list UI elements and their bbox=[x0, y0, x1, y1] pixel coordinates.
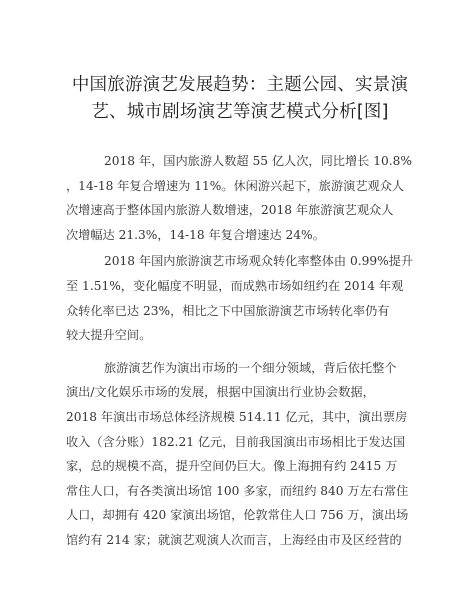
paragraph-2: 2018 年国内旅游演艺市场观众转化率整体由 0.99%提升 至 1.51%，变… bbox=[66, 249, 396, 347]
paragraph-line: 2018 年演出市场总体经济规模 514.11 亿元，其中，演出票房 bbox=[66, 405, 396, 430]
paragraph-line: 较大提升空间。 bbox=[66, 323, 396, 348]
paragraph-line: 旅游演艺作为演出市场的一个细分领域，背后依托整个 bbox=[66, 356, 396, 381]
document-page: 中国旅游演艺发展趋势：主题公园、实景演 艺、城市剧场演艺等演艺模式分析[图] 2… bbox=[0, 0, 463, 600]
paragraph-line: ，14-18 年复合增速为 11%。休闲游兴起下，旅游演艺观众人 bbox=[66, 174, 396, 199]
title-line-2: 艺、城市剧场演艺等演艺模式分析[图] bbox=[40, 99, 440, 126]
title-line-1: 中国旅游演艺发展趋势：主题公园、实景演 bbox=[40, 72, 440, 99]
paragraph-line: 至 1.51%，变化幅度不明显，而成熟市场如纽约在 2014 年观 bbox=[66, 274, 396, 299]
paragraph-1: 2018 年，国内旅游人数超 55 亿人次，同比增长 10.8% ，14-18 … bbox=[66, 149, 396, 247]
paragraph-line: 馆约有 214 家；就演艺观演人次而言，上海经由市及区经营的 bbox=[66, 528, 396, 553]
article-body: 2018 年，国内旅游人数超 55 亿人次，同比增长 10.8% ，14-18 … bbox=[66, 149, 396, 553]
article-title: 中国旅游演艺发展趋势：主题公园、实景演 艺、城市剧场演艺等演艺模式分析[图] bbox=[40, 72, 440, 126]
paragraph-line: 常住人口，有各类演出场馆 100 多家，而纽约 840 万左右常住 bbox=[66, 479, 396, 504]
paragraph-line: 收入（含分账）182.21 亿元，目前我国演出市场相比于发达国 bbox=[66, 430, 396, 455]
paragraph-3: 旅游演艺作为演出市场的一个细分领域，背后依托整个 演出/文化娱乐市场的发展，根据… bbox=[66, 356, 396, 553]
paragraph-line: 人口，却拥有 420 家演出场馆，伦敦常住人口 756 万，演出场 bbox=[66, 503, 396, 528]
paragraph-line: 众转化率已达 23%，相比之下中国旅游演艺市场转化率仍有 bbox=[66, 299, 396, 324]
paragraph-line: 家，总的规模不高，提升空间仍巨大。像上海拥有约 2415 万 bbox=[66, 454, 396, 479]
paragraph-line: 次增速高于整体国内旅游人数增速，2018 年旅游演艺观众人 bbox=[66, 198, 396, 223]
paragraph-line: 2018 年，国内旅游人数超 55 亿人次，同比增长 10.8% bbox=[66, 149, 396, 174]
paragraph-line: 次增幅达 21.3%，14-18 年复合增速达 24%。 bbox=[66, 223, 396, 248]
paragraph-line: 2018 年国内旅游演艺市场观众转化率整体由 0.99%提升 bbox=[66, 249, 396, 274]
paragraph-line: 演出/文化娱乐市场的发展，根据中国演出行业协会数据， bbox=[66, 380, 396, 405]
